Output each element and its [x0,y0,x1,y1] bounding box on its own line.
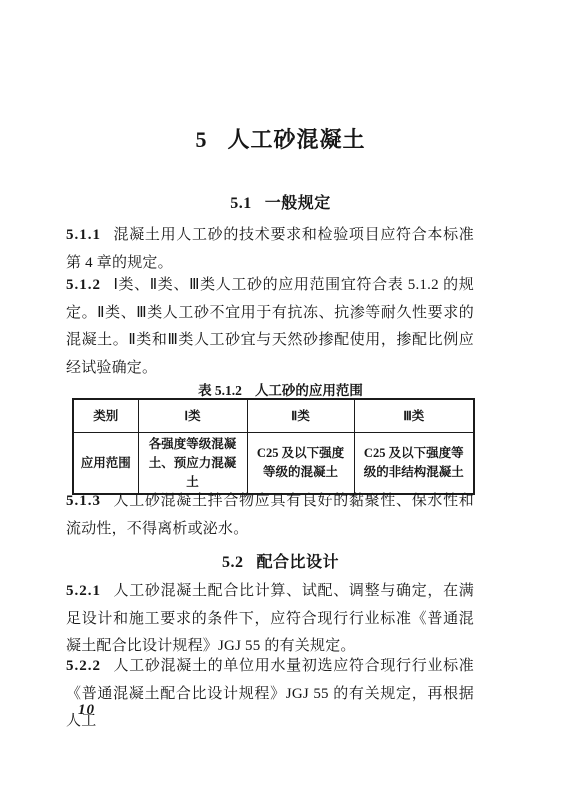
table-cell-class-2: C25 及以下强度等级的混凝土 [247,433,354,495]
section-title: 配合比设计 [256,554,339,571]
table-caption-label: 表 5.1.2 [198,383,242,398]
section-title: 一般规定 [265,195,331,212]
table-cell-class-3: C25 及以下强度等级的非结构混凝土 [354,433,474,495]
clause-5-1-3: 5.1.3人工砂混凝土拌合物应具有良好的黏聚性、保水性和流动性，不得离析或泌水。 [66,488,474,543]
table-header-category: 类别 [73,399,138,433]
chapter-heading: 5人工砂混凝土 [0,123,561,154]
table-row: 应用范围 各强度等级混凝土、预应力混凝土 C25 及以下强度等级的混凝土 C25… [73,433,474,495]
section-number: 5.2 [222,554,244,571]
clause-text: 人工砂混凝土拌合物应具有良好的黏聚性、保水性和流动性，不得离析或泌水。 [66,493,474,537]
clause-number: 5.1.3 [66,493,101,509]
table-cell-row-label: 应用范围 [73,433,138,495]
document-page: 5人工砂混凝土 5.1一般规定 5.1.1混凝土用人工砂的技术要求和检验项目应符… [0,0,561,804]
chapter-number: 5 [195,127,207,152]
section-number: 5.1 [230,195,252,212]
clause-text: 人工砂混凝土配合比计算、试配、调整与确定，在满足设计和施工要求的条件下，应符合现… [66,583,474,654]
section-heading-5-2: 5.2配合比设计 [0,549,561,572]
clause-text: Ⅰ类、Ⅱ类、Ⅲ类人工砂的应用范围宜符合表 5.1.2 的规定。Ⅱ类、Ⅲ类人工砂不… [66,277,474,376]
application-range-table: 类别 Ⅰ类 Ⅱ类 Ⅲ类 应用范围 各强度等级混凝土、预应力混凝土 C25 及以下… [72,398,475,495]
clause-5-2-2: 5.2.2人工砂混凝土的单位用水量初选应符合现行行业标准《普通混凝土配合比设计规… [66,653,474,736]
clause-text: 人工砂混凝土的单位用水量初选应符合现行行业标准《普通混凝土配合比设计规程》JGJ… [66,658,474,729]
section-heading-5-1: 5.1一般规定 [0,190,561,213]
clause-number: 5.2.2 [66,658,101,674]
clause-number: 5.2.1 [66,583,101,599]
clause-text: 混凝土用人工砂的技术要求和检验项目应符合本标准第 4 章的规定。 [66,227,474,271]
table-header-row: 类别 Ⅰ类 Ⅱ类 Ⅲ类 [73,399,474,433]
table-caption: 表 5.1.2人工砂的应用范围 [0,379,561,399]
clause-5-1-2: 5.1.2Ⅰ类、Ⅱ类、Ⅲ类人工砂的应用范围宜符合表 5.1.2 的规定。Ⅱ类、Ⅲ… [66,272,474,382]
table-caption-title: 人工砂的应用范围 [255,383,363,398]
clause-5-2-1: 5.2.1人工砂混凝土配合比计算、试配、调整与确定，在满足设计和施工要求的条件下… [66,578,474,661]
table-header-class-2: Ⅱ类 [247,399,354,433]
clause-5-1-1: 5.1.1混凝土用人工砂的技术要求和检验项目应符合本标准第 4 章的规定。 [66,222,474,277]
page-number: 10 [78,702,95,719]
table-header-class-1: Ⅰ类 [138,399,247,433]
clause-number: 5.1.1 [66,227,101,243]
clause-number: 5.1.2 [66,277,101,293]
chapter-title: 人工砂混凝土 [227,127,365,152]
table-cell-class-1: 各强度等级混凝土、预应力混凝土 [138,433,247,495]
table-header-class-3: Ⅲ类 [354,399,474,433]
